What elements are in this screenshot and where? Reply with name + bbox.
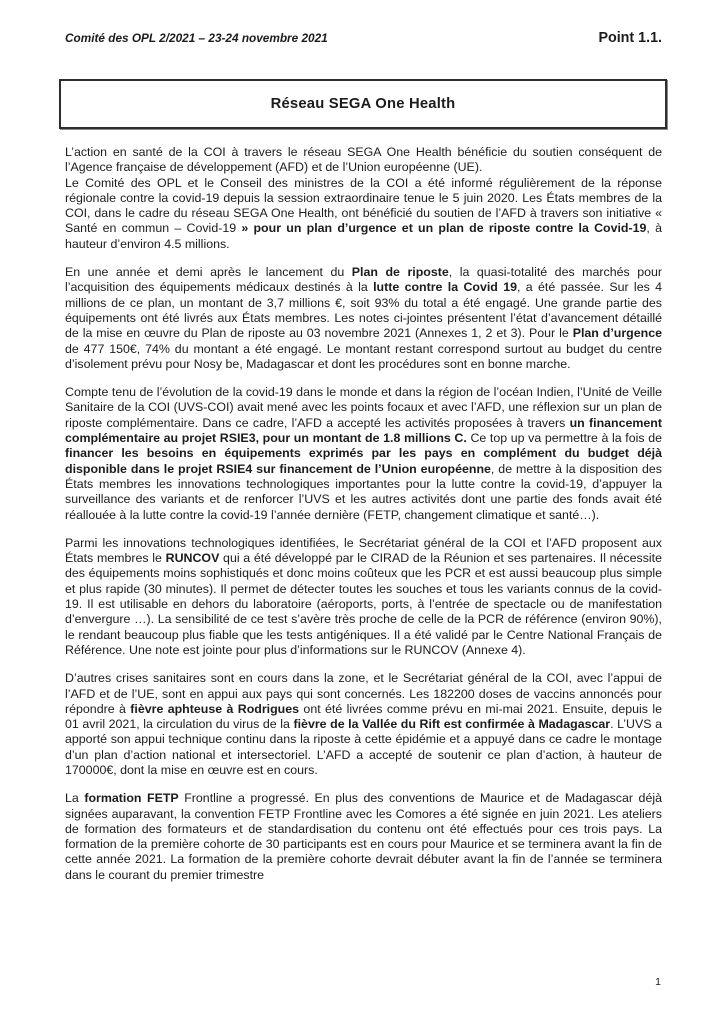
page-footer: 1 xyxy=(655,976,661,988)
paragraph-runcov: Parmi les innovations technologiques ide… xyxy=(65,536,662,658)
document-page: Comité des OPL 2/2021 – 23-24 novembre 2… xyxy=(0,0,724,1024)
paragraph-crises-sanitaires: D’autres crises sanitaires sont en cours… xyxy=(65,671,662,778)
text-run-bold: RUNCOV xyxy=(166,551,220,565)
text-run: qui a été développé par le CIRAD de la R… xyxy=(65,551,662,657)
page-number: 1 xyxy=(655,976,661,988)
text-run: Ce top up va permettre à la fois de xyxy=(467,431,662,445)
text-run-bold: » pour un plan d’urgence et un plan de r… xyxy=(241,221,646,235)
text-run: L’action en santé de la COI à travers le… xyxy=(65,145,662,174)
header-point-label: Point 1.1. xyxy=(598,30,662,46)
document-title: Réseau SEGA One Health xyxy=(271,96,456,112)
text-run: La xyxy=(65,791,84,805)
text-run: de 477 150€, 74% du montant a été engagé… xyxy=(65,342,662,371)
paragraph-comite-opl: Le Comité des OPL et le Conseil des mini… xyxy=(65,176,662,252)
text-run-bold: formation FETP xyxy=(84,791,178,805)
title-box: Réseau SEGA One Health xyxy=(59,79,667,129)
text-run-bold: fièvre aphteuse à Rodrigues xyxy=(130,702,299,716)
paragraph-formation-fetp: La formation FETP Frontline a progressé.… xyxy=(65,791,662,883)
header-committee-label: Comité des OPL 2/2021 – 23-24 novembre 2… xyxy=(65,31,328,45)
text-run-bold: lutte contre la Covid 19 xyxy=(373,280,517,294)
text-run: En une année et demi après le lancement … xyxy=(65,265,352,279)
text-run-bold: Plan de riposte xyxy=(352,265,449,279)
document-body: L’action en santé de la COI à travers le… xyxy=(65,145,662,883)
text-run-bold: fièvre de la Vallée du Rift est confirmé… xyxy=(293,717,610,731)
paragraph-plan-riposte: En une année et demi après le lancement … xyxy=(65,265,662,372)
page-header: Comité des OPL 2/2021 – 23-24 novembre 2… xyxy=(65,30,662,46)
paragraph-financement-rsie3: Compte tenu de l’évolution de la covid-1… xyxy=(65,385,662,523)
text-run-bold: Plan d’urgence xyxy=(573,326,662,340)
paragraph-intro: L’action en santé de la COI à travers le… xyxy=(65,145,662,176)
